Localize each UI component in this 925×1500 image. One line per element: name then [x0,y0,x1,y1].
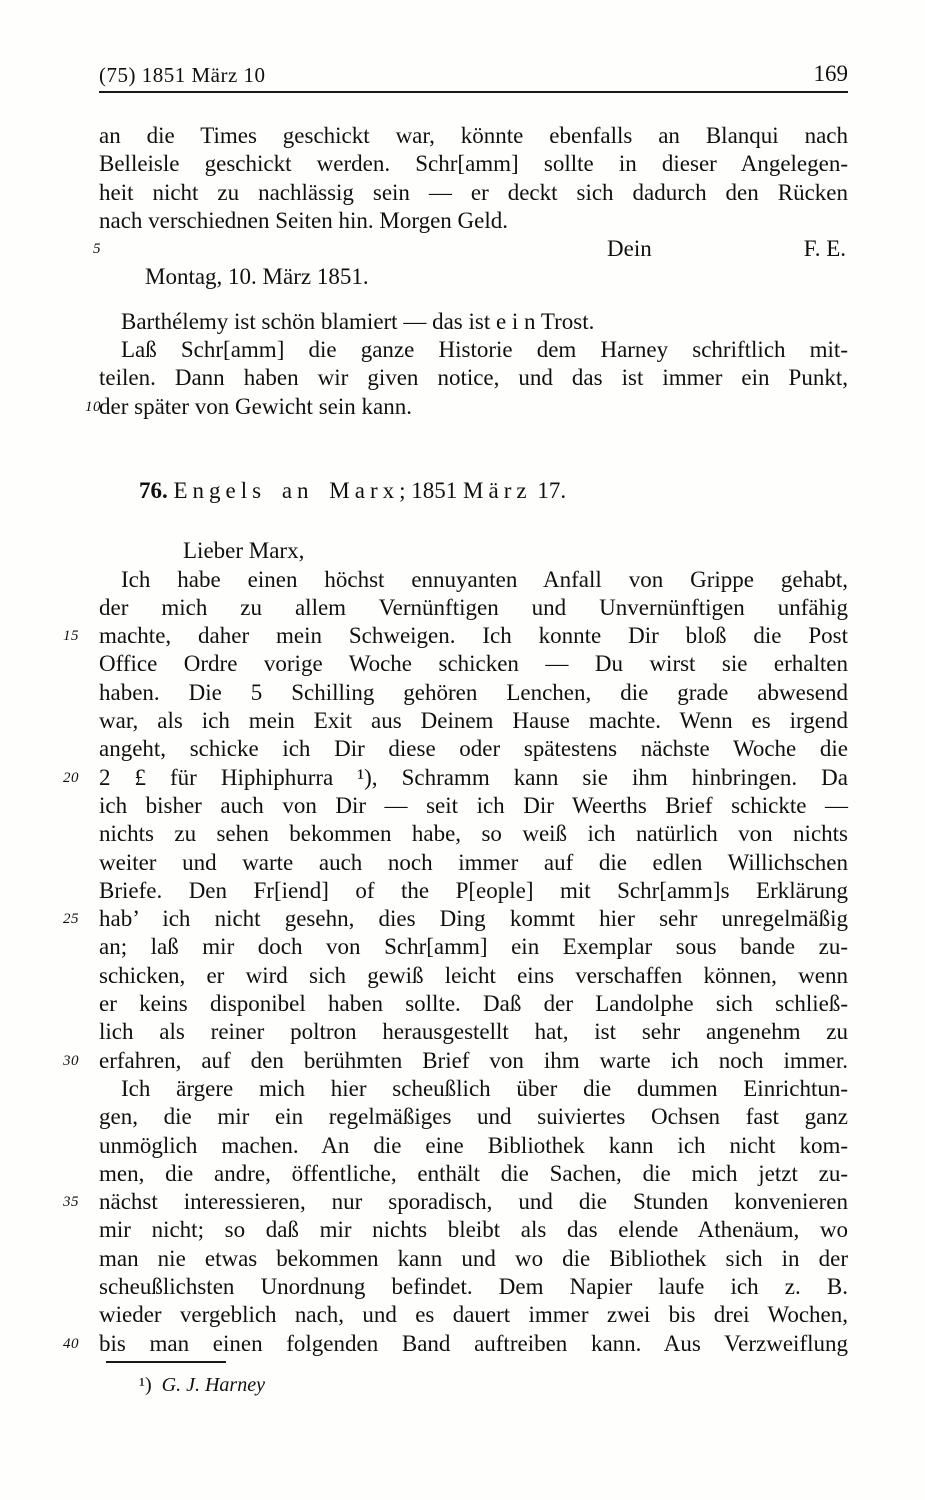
line-text: an die Times geschickt war, könnte ebenf… [99,123,848,148]
text-line: haben. Die 5 Schilling gehören Lenchen, … [99,679,848,707]
line-text: Lieber Marx, [183,538,304,563]
text-line: lich als reiner poltron herausgestellt h… [99,1018,848,1046]
letter-text-block: an die Times geschickt war, könnte ebenf… [99,122,848,1397]
text-line: Laß Schr[amm] die ganze Historie dem Har… [99,336,848,364]
text-line: 25hab’ ich nicht gesehn, dies Ding kommt… [99,905,848,933]
text-line: angeht, schicke ich Dir diese oder späte… [99,735,848,763]
closing-salutation: Dein [607,235,652,263]
line-text: angeht, schicke ich Dir diese oder späte… [99,736,848,761]
footnote-separator [106,1361,226,1363]
heading-segment: Engels an Marx [174,478,400,503]
header-rule [99,91,848,93]
line-text: erfahren, auf den berühmten Brief von ih… [99,1048,848,1073]
line-text: Montag, 10. März 1851. [145,264,369,289]
text-line: 202 £ für Hiphiphurra ¹), Schramm kann s… [99,764,848,792]
text-line: men, die andre, öffentliche, enthält die… [99,1160,848,1188]
line-text: Ich habe einen höchst ennuyanten Anfall … [121,567,848,592]
line-text: Ich ärgere mich hier scheußlich über die… [121,1076,848,1101]
footnote-author: G. J. Harney [162,1374,265,1396]
margin-line-number: 5 [63,242,101,257]
text-line: unmöglich machen. An die eine Bibliothek… [99,1132,848,1160]
line-text: nächst interessieren, nur sporadisch, un… [99,1189,848,1214]
line-text: men, die andre, öffentliche, enthält die… [99,1161,848,1186]
heading-segment: März [463,478,532,503]
line-text: machte, daher mein Schweigen. Ich konnte… [99,623,848,648]
line-text: Office Ordre vorige Woche schicken — Du … [99,651,848,676]
margin-line-number: 30 [63,1054,101,1069]
line-text: schicken, er wird sich gewiß leicht eins… [99,963,848,988]
text-line: der mich zu allem Vernünftigen und Unver… [99,594,848,622]
text-line: an; laß mir doch von Schr[amm] ein Exemp… [99,933,848,961]
text-line: 40bis man einen folgenden Band auftreibe… [99,1330,848,1358]
line-text: wieder vergeblich nach, und es dauert im… [99,1302,848,1327]
text-line: war, als ich mein Exit aus Deinem Hause … [99,707,848,735]
text-line: Montag, 10. März 1851. [99,263,848,291]
footnote-marker: ¹) [139,1374,152,1396]
line-text: teilen. Dann haben wir given notice, und… [99,365,848,390]
book-page-scan: (75) 1851 März 10 169 an die Times gesch… [0,0,925,1500]
margin-line-number: 35 [63,1195,101,1210]
line-text: Briefe. Den Fr[iend] of the P[eople] mit… [99,878,848,903]
margin-line-number: 25 [63,912,101,927]
page-number: 169 [814,61,849,87]
line-text: Belleisle geschickt werden. Schr[amm] so… [99,151,848,176]
text-line: weiter und warte auch noch immer auf die… [99,849,848,877]
line-text: er keins disponibel haben sollte. Daß de… [99,991,848,1016]
line-text: der später von Gewicht sein kann. [99,394,412,419]
text-line: er keins disponibel haben sollte. Daß de… [99,990,848,1018]
margin-line-number: 15 [63,629,101,644]
text-line: 15machte, daher mein Schweigen. Ich konn… [99,622,848,650]
text-line: man nie etwas bekommen kann und wo die B… [99,1245,848,1273]
running-header: (75) 1851 März 10 169 [99,61,848,91]
margin-line-number: 20 [63,771,101,786]
text-line: nichts zu sehen bekommen habe, so weiß i… [99,820,848,848]
line-text: 2 £ für Hiphiphurra ¹), Schramm kann sie… [99,765,848,790]
text-line: ich bisher auch von Dir — seit ich Dir W… [99,792,848,820]
margin-line-number: 40 [63,1337,101,1352]
text-line: gen, die mir ein regelmäßiges und suivie… [99,1103,848,1131]
line-text: scheußlichsten Unordnung befindet. Dem N… [99,1274,848,1299]
line-text: ich bisher auch von Dir — seit ich Dir W… [99,793,848,818]
section-heading: 76. Engels an Marx; 1851 März 17. [99,477,848,505]
text-line: scheußlichsten Unordnung befindet. Dem N… [99,1273,848,1301]
text-line: nach verschiednen Seiten hin. Morgen Gel… [99,207,848,235]
text-line: wieder vergeblich nach, und es dauert im… [99,1301,848,1329]
text-line: Ich habe einen höchst ennuyanten Anfall … [99,566,848,594]
line-text: weiter und warte auch noch immer auf die… [99,850,848,875]
text-line: Briefe. Den Fr[iend] of the P[eople] mit… [99,877,848,905]
line-text: an; laß mir doch von Schr[amm] ein Exemp… [99,934,848,959]
text-line: heit nicht zu nachlässig sein — er deckt… [99,179,848,207]
line-text: Laß Schr[amm] die ganze Historie dem Har… [121,337,848,362]
heading-segment: 76. [139,478,174,503]
line-text: lich als reiner poltron herausgestellt h… [99,1019,848,1044]
text-line: Ich ärgere mich hier scheußlich über die… [99,1075,848,1103]
footnote: ¹)G. J. Harney [99,1371,848,1397]
text-line: 10der später von Gewicht sein kann. [99,393,848,421]
line-text: haben. Die 5 Schilling gehören Lenchen, … [99,680,848,705]
text-line: 35nächst interessieren, nur sporadisch, … [99,1188,848,1216]
line-text: hab’ ich nicht gesehn, dies Ding kommt h… [99,906,848,931]
signature-initials: F. E. [804,235,846,263]
heading-segment: 17. [532,478,567,503]
text-line: an die Times geschickt war, könnte ebenf… [99,122,848,150]
text-line: schicken, er wird sich gewiß leicht eins… [99,962,848,990]
line-text: nach verschiednen Seiten hin. Morgen Gel… [99,208,508,233]
text-line: Barthélemy ist schön blamiert — das ist … [99,308,848,336]
text-line: Belleisle geschickt werden. Schr[amm] so… [99,150,848,178]
line-text: bis man einen folgenden Band auftreiben … [99,1331,848,1356]
text-line: Office Ordre vorige Woche schicken — Du … [99,650,848,678]
line-text: mir nicht; so daß mir nichts bleibt als … [99,1217,848,1242]
line-text: unmöglich machen. An die eine Bibliothek… [99,1133,848,1158]
line-text: gen, die mir ein regelmäßiges und suivie… [99,1104,848,1129]
text-line: teilen. Dann haben wir given notice, und… [99,364,848,392]
line-text: heit nicht zu nachlässig sein — er deckt… [99,180,848,205]
text-line: mir nicht; so daß mir nichts bleibt als … [99,1216,848,1244]
header-letter-reference: (75) 1851 März 10 [99,63,266,88]
line-text: man nie etwas bekommen kann und wo die B… [99,1246,848,1271]
line-text: der mich zu allem Vernünftigen und Unver… [99,595,848,620]
text-line: Lieber Marx, [99,537,848,565]
text-line: 30erfahren, auf den berühmten Brief von … [99,1047,848,1075]
line-text: war, als ich mein Exit aus Deinem Hause … [99,708,848,733]
line-text: nichts zu sehen bekommen habe, so weiß i… [99,821,848,846]
line-text: Barthélemy ist schön blamiert — das ist … [121,309,594,334]
text-line: 5DeinF. E. [99,235,848,263]
heading-segment: ; 1851 [399,478,463,503]
margin-line-number: 10 [63,400,101,415]
